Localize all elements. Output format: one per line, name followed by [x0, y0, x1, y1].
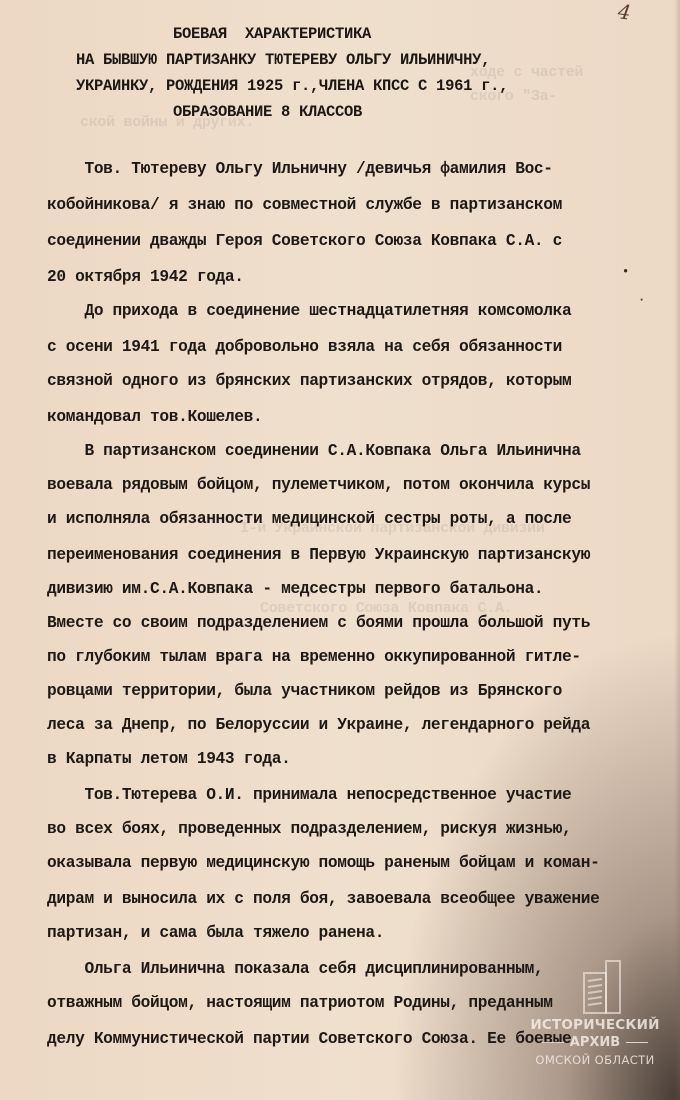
body-line: 20 октября 1942 года.: [47, 268, 244, 286]
body-line: в Карпаты летом 1943 года.: [47, 750, 290, 768]
body-line: Тов. Тютереву Ольгу Ильничну /девичья фа…: [47, 160, 553, 178]
watermark-line-2: АРХИВ: [520, 1035, 670, 1050]
body-line: Тов.Тютерева О.И. принимала непосредстве…: [47, 786, 571, 804]
body-line: отважным бойцом, настоящим патриотом Род…: [47, 994, 553, 1012]
body-line: делу Коммунистической партии Советского …: [47, 1030, 571, 1048]
body-line: дирам и выносила их с поля боя, завоевал…: [47, 890, 599, 908]
body-line: и исполняла обязанности медицинской сест…: [47, 510, 571, 528]
body-line: леса за Днепр, по Белоруссии и Украине, …: [47, 716, 590, 734]
body-line: В партизанском соединении С.А.Ковпака Ол…: [47, 442, 581, 460]
body-line: партизан, и сама была тяжело ранена.: [47, 924, 384, 942]
body-line: ровцами территории, была участником рейд…: [47, 682, 562, 700]
body-line: командовал тов.Кошелев.: [47, 408, 262, 426]
body-line: переименования соединения в Первую Украи…: [47, 546, 590, 564]
handwritten-page-number: 4: [616, 0, 632, 25]
heading-title: БОЕВАЯ ХАРАКТЕРИСТИКА: [173, 25, 371, 43]
heading-line: ОБРАЗОВАНИЕ 8 КЛАССОВ: [173, 103, 362, 121]
watermark-line-3: ОМСКОЙ ОБЛАСТИ: [520, 1053, 670, 1067]
body-line: во всех боях, проведенных подразделением…: [47, 820, 571, 838]
body-line: дивизию им.С.А.Ковпака - медсестры перво…: [47, 580, 543, 598]
body-line: Ольга Ильинична показала себя дисциплини…: [47, 960, 543, 978]
body-line: кобойникова/ я знаю по совместной службе…: [47, 196, 562, 214]
body-line: связной одного из брянских партизанских …: [47, 372, 571, 390]
ink-mark: •: [622, 265, 629, 279]
body-line: Вместе со своим подразделением с боями п…: [47, 614, 590, 632]
body-line: воевала рядовым бойцом, пулеметчиком, по…: [47, 476, 590, 494]
page-edge-shadow: [674, 0, 680, 1100]
body-line: оказывала первую медицинскую помощь ране…: [47, 854, 599, 872]
heading-line: НА БЫВШУЮ ПАРТИЗАНКУ ТЮТЕРЕВУ ОЛЬГУ ИЛЬИ…: [76, 51, 490, 69]
body-line: с осени 1941 года добровольно взяла на с…: [47, 338, 562, 356]
ink-mark: ·: [638, 293, 645, 307]
watermark-line-1: ИСТОРИЧЕСКИЙ: [520, 1017, 670, 1033]
body-line: по глубоким тылам врага на временно окку…: [47, 648, 581, 666]
heading-line: УКРАИНКУ, РОЖДЕНИЯ 1925 г.,ЧЛЕНА КПСС С …: [76, 77, 508, 95]
body-line: До прихода в соединение шестнадцатилетня…: [47, 302, 571, 320]
body-line: соединении дважды Героя Советского Союза…: [47, 232, 562, 250]
document-page: ходе с частей ского "За- ской войны и др…: [0, 0, 680, 1100]
archive-building-logo-icon: [580, 957, 624, 1015]
